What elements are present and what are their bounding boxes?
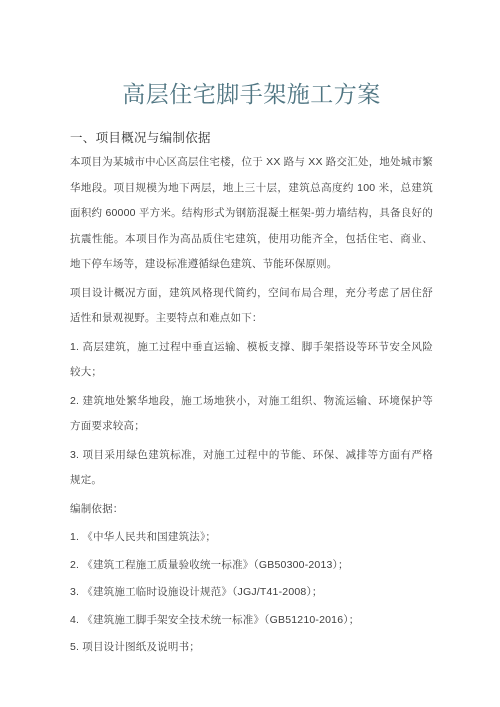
section-heading-project-overview: 一、项目概况与编制依据 bbox=[70, 130, 433, 146]
basis-list-item-5: 5. 项目设计图纸及说明书； bbox=[70, 635, 433, 661]
paragraph-design-overview: 项目设计概况方面，建筑风格现代简约，空间布局合理，充分考虑了居住舒适性和景观视野… bbox=[70, 281, 433, 332]
basis-heading: 编制依据： bbox=[70, 497, 433, 523]
difficulty-list-item-2: 2. 建筑地处繁华地段，施工场地狭小，对施工组织、物流运输、环境保护等方面要求较… bbox=[70, 389, 433, 440]
basis-list-item-1: 1. 《中华人民共和国建筑法》； bbox=[70, 525, 433, 551]
basis-list-item-4: 4. 《建筑施工脚手架安全技术统一标准》（GB51210-2016）； bbox=[70, 608, 433, 634]
difficulty-list-item-3: 3. 项目采用绿色建筑标准，对施工过程中的节能、环保、减排等方面有严格规定。 bbox=[70, 443, 433, 494]
document-body: 本项目为某城市中心区高层住宅楼，位于 XX 路与 XX 路交汇处，地处城市繁华地… bbox=[70, 150, 433, 661]
document-title: 高层住宅脚手架施工方案 bbox=[70, 80, 433, 108]
difficulty-list-item-1: 1. 高层建筑，施工过程中垂直运输、模板支撑、脚手架搭设等环节安全风险较大； bbox=[70, 335, 433, 386]
basis-list-item-3: 3. 《建筑施工临时设施设计规范》（JGJ/T41-2008）； bbox=[70, 580, 433, 606]
basis-list-item-2: 2. 《建筑工程施工质量验收统一标准》（GB50300-2013）； bbox=[70, 553, 433, 579]
paragraph-project-overview: 本项目为某城市中心区高层住宅楼，位于 XX 路与 XX 路交汇处，地处城市繁华地… bbox=[70, 150, 433, 278]
document-page: 高层住宅脚手架施工方案 一、项目概况与编制依据 本项目为某城市中心区高层住宅楼，… bbox=[0, 0, 500, 707]
document-viewport: { "document": { "title": "高层住宅脚手架施工方案", … bbox=[0, 0, 500, 707]
